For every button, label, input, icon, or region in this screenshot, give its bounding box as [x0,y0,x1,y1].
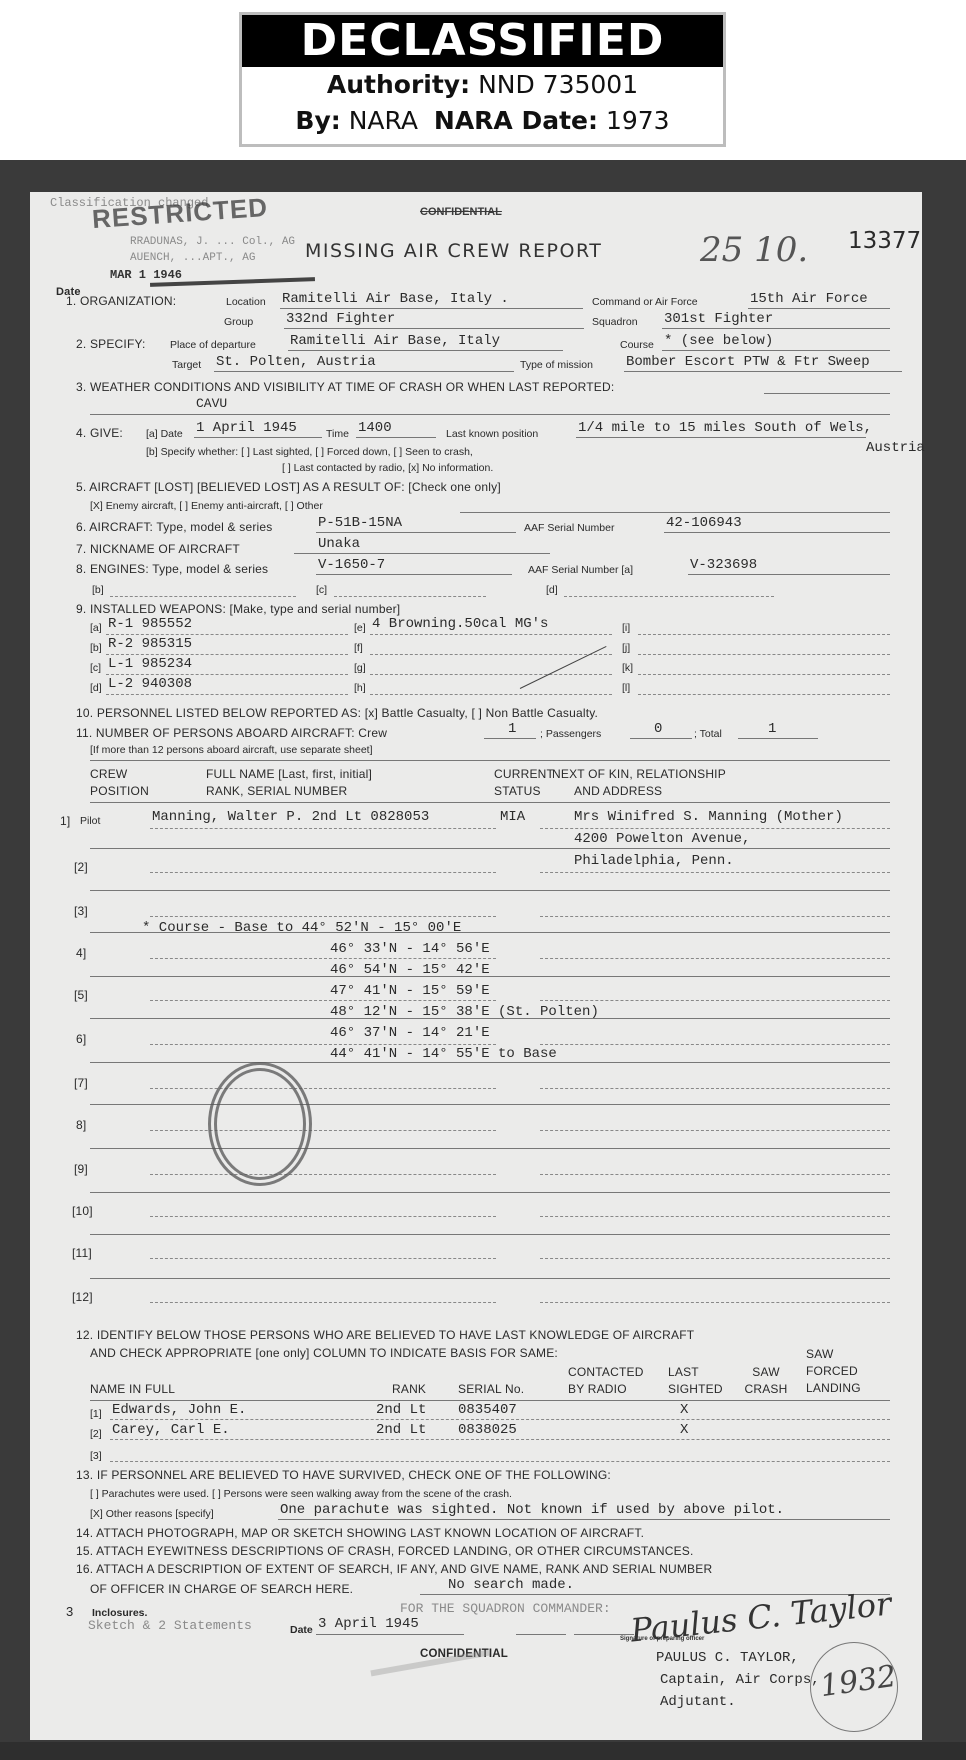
inclosures-count: 3 [66,1604,73,1619]
circular-received-stamp [208,1062,312,1186]
specify-label: 2. SPECIFY: [76,337,146,351]
stamp-authority-org: AUENCH, ...APT., AG [130,252,255,264]
inclosures-value: Sketch & 2 Statements [88,1618,252,1633]
witness-name: Edwards, John E. [112,1402,246,1418]
specify-whether-line2: [ ] Last contacted by radio, [x] No info… [282,462,493,474]
report-date-value: 3 April 1945 [318,1616,419,1632]
col-crew-position: CREW [90,767,127,781]
col-last-sighted: LAST SIGHTED [668,1364,728,1398]
col-serial-no: SERIAL No. [458,1382,524,1396]
weapon-key: [i] [622,622,630,634]
course-waypoint: 47° 41'N - 15° 59'E [330,983,490,999]
loss-date-value: 1 April 1945 [196,420,297,436]
engine-type-value: V-1650-7 [318,557,385,573]
squadron-value: 301st Fighter [664,311,773,327]
report-title: MISSING AIR CREW REPORT [305,240,602,262]
search-officer-label: OF OFFICER IN CHARGE OF SEARCH HERE. [90,1582,353,1596]
target-label: Target [172,359,201,371]
command-value: 15th Air Force [750,291,868,307]
last-knowledge-label: 12. IDENTIFY BELOW THOSE PERSONS WHO ARE… [76,1328,694,1342]
next-of-kin-address: 4200 Powelton Avenue, [574,831,750,847]
weapon-key: [d] [90,682,102,694]
weapon-serial: L-2 940308 [108,676,192,692]
time-label: Time [326,428,349,440]
weapon-key: [g] [354,662,366,674]
course-waypoint: 44° 41'N - 14° 55'E to Base [330,1046,557,1062]
location-label: Location [226,296,266,308]
survival-other-value: One parachute was sighted. Not known if … [280,1502,784,1518]
departure-value: Ramitelli Air Base, Italy [290,333,500,349]
mission-value: Bomber Escort PTW & Ftr Sweep [626,354,870,370]
next-of-kin-name: Mrs Winifred S. Manning (Mother) [574,809,843,825]
col-status-2: STATUS [494,784,541,798]
officer-title: Adjutant. [660,1694,736,1710]
crew-row-number: 8] [76,1118,86,1132]
weather-label: 3. WEATHER CONDITIONS AND VISIBILITY AT … [76,380,614,394]
crew-row-number: [10] [72,1204,93,1218]
crew-status: MIA [500,809,525,825]
aircraft-serial-label: AAF Serial Number [524,522,614,534]
passengers-label: ; Passengers [540,728,601,740]
weapon-serial: R-2 985315 [108,636,192,652]
banner-authority: Authority: NND 735001 [242,67,723,103]
crew-row-number: [3] [74,904,88,918]
mission-label: Type of mission [520,359,593,371]
aircraft-type-value: P-51B-15NA [318,515,402,531]
weapon-key: [k] [622,662,633,674]
witness-row-number: [3] [90,1450,102,1462]
position-label: Last known position [446,428,538,440]
weapon-serial: L-1 985234 [108,656,192,672]
aircraft-type-label: 6. AIRCRAFT: Type, model & series [76,520,272,534]
target-value: St. Polten, Austria [216,354,376,370]
witness-name: Carey, Carl E. [112,1422,230,1438]
col-saw-forced-landing: SAW FORCED LANDING [806,1346,876,1397]
last-position-country: Austria [866,440,925,456]
col-name-in-full: NAME IN FULL [90,1382,175,1396]
authority-value: NND 735001 [478,70,638,99]
nickname-value: Unaka [318,536,360,552]
survival-label: 13. IF PERSONNEL ARE BELIEVED TO HAVE SU… [76,1468,611,1482]
crew-row-number: [9] [74,1162,88,1176]
crew-position: Pilot [80,815,100,827]
survival-options: [ ] Parachutes were used. [ ] Persons we… [90,1488,512,1500]
persons-aboard-label: 11. NUMBER OF PERSONS ABOARD AIRCRAFT: C… [76,726,387,740]
col-rank-serial: RANK, SERIAL NUMBER [206,784,347,798]
personnel-status-label: 10. PERSONNEL LISTED BELOW REPORTED AS: … [76,706,598,720]
declassified-banner: DECLASSIFIED Authority: NND 735001 By: N… [239,12,726,147]
scan-border-bottom [0,1742,966,1760]
nickname-label: 7. NICKNAME OF AIRCRAFT [76,542,240,556]
next-of-kin-city: Philadelphia, Penn. [574,853,734,869]
crew-row-number: [2] [74,860,88,874]
loss-cause-options: [X] Enemy aircraft, [ ] Enemy anti-aircr… [90,500,323,512]
witness-last-sighted-check: X [680,1402,688,1418]
scanned-document [0,160,966,1760]
group-value: 332nd Fighter [286,311,395,327]
signature-caption: Signature of preparing officer [620,1636,704,1642]
crew-row-number: [7] [74,1076,88,1090]
by-label: By: [295,106,340,135]
witness-serial: 0835407 [458,1402,517,1418]
weapon-serial: R-1 985552 [108,616,192,632]
course-label: Course [620,339,654,351]
weapon-key: [e] [354,622,366,634]
banner-title: DECLASSIFIED [242,15,723,67]
engine-c-label: [c] [316,584,327,596]
course-waypoint: 46° 33'N - 14° 56'E [330,941,490,957]
course-value: * (see below) [664,333,773,349]
course-waypoint: 46° 37'N - 14° 21'E [330,1025,490,1041]
survival-other-label: [X] Other reasons [specify] [90,1508,214,1520]
stamp-authority-name: RRADUNAS, J. ... Col., AG [130,236,295,248]
weapon-key: [h] [354,682,366,694]
witness-last-sighted-check: X [680,1422,688,1438]
handwritten-file-number: 25 10. [700,230,808,270]
total-label: ; Total [694,728,722,740]
specify-whether-line1: [b] Specify whether: [ ] Last sighted, [… [146,446,473,458]
witness-row-number: [1] [90,1408,102,1420]
crew-count: 1 [508,721,516,737]
witness-row-number: [2] [90,1428,102,1440]
banner-by-date: By: NARA NARA Date: 1973 [242,103,723,139]
location-value: Ramitelli Air Base, Italy . [282,291,509,307]
col-crew-position-2: POSITION [90,784,149,798]
crew-name-rank-serial: Manning, Walter P. 2nd Lt 0828053 [152,809,429,825]
crew-row-number: [11] [72,1246,92,1260]
weapon-key: [c] [90,662,101,674]
organization-label: 1. ORGANIZATION: [66,294,176,308]
crew-row-number: 6] [76,1032,86,1046]
report-date-label: Date [290,1624,313,1636]
crew-row-number: [12] [72,1290,93,1304]
course-waypoint: 48° 12'N - 15° 38'E (St. Polten) [330,1004,599,1020]
col-next-of-kin: NEXT OF KIN, RELATIONSHIP [552,767,726,781]
departure-label: Place of departure [170,339,256,351]
witness-serial: 0838025 [458,1422,517,1438]
stamp-date: MAR 1 1946 [110,268,182,282]
col-full-name: FULL NAME [Last, first, initial] [206,767,372,781]
weapons-label: 9. INSTALLED WEAPONS: [Make, type and se… [76,602,400,616]
attach-eyewitness-label: 15. ATTACH EYEWITNESS DESCRIPTIONS OF CR… [76,1544,694,1558]
loss-time-value: 1400 [358,420,392,436]
nara-date-label: NARA Date: [434,106,598,135]
authority-label: Authority: [327,70,470,99]
report-number: 13377 [848,228,921,254]
engines-label: 8. ENGINES: Type, model & series [76,562,268,576]
command-label: Command or Air Force [592,296,698,308]
by-value: NARA [349,106,418,135]
witness-rank: 2nd Lt [376,1402,426,1418]
officer-rank: Captain, Air Corps, [660,1672,820,1688]
col-saw-crash: SAW CRASH [744,1364,788,1398]
weapon-key: [j] [622,642,630,654]
date-label: [a] Date [146,428,183,440]
search-description-label: 16. ATTACH A DESCRIPTION OF EXTENT OF SE… [76,1562,712,1576]
persons-aboard-note: [If more than 12 persons aboard aircraft… [90,744,373,756]
engine-b-label: [b] [92,584,104,596]
engine-d-label: [d] [546,584,558,596]
col-current-status: CURRENT [494,767,554,781]
search-value: No search made. [448,1577,574,1593]
aircraft-serial-value: 42-106943 [666,515,742,531]
engine-serial-value: V-323698 [690,557,757,573]
group-label: Group [224,316,253,328]
total-count: 1 [768,721,776,737]
last-position-value: 1/4 mile to 15 miles South of Wels, [578,420,872,436]
nara-date-value: 1973 [606,106,670,135]
squadron-label: Squadron [592,316,638,328]
weather-value: CAVU [196,396,227,411]
weapon-key: [a] [90,622,102,634]
confidential-top-struck: CONFIDENTIAL [420,206,502,218]
officer-name: PAULUS C. TAYLOR, [656,1650,799,1666]
weapon-key: [f] [354,642,363,654]
for-squadron-commander: FOR THE SQUADRON COMMANDER: [400,1601,611,1616]
attach-photo-label: 14. ATTACH PHOTOGRAPH, MAP OR SKETCH SHO… [76,1526,644,1540]
weapon-key: [b] [90,642,102,654]
engine-serial-label: AAF Serial Number [a] [528,564,633,576]
crew-row-number: [5] [74,988,88,1002]
passengers-count: 0 [654,721,662,737]
give-label: 4. GIVE: [76,426,123,440]
witness-rank: 2nd Lt [376,1422,426,1438]
crew-row-number: 1] [60,814,70,828]
col-contacted-by-radio: CONTACTED BY RADIO [568,1364,658,1398]
col-rank: RANK [392,1382,426,1396]
weapon-key: [l] [622,682,630,694]
weapon-description: 4 Browning.50cal MG's [372,616,548,632]
last-knowledge-instructions: AND CHECK APPROPRIATE [one only] COLUMN … [90,1346,558,1360]
loss-cause-label: 5. AIRCRAFT [LOST] [BELIEVED LOST] AS A … [76,480,501,494]
course-waypoint: * Course - Base to 44° 52'N - 15° 00'E [142,920,461,936]
course-waypoint: 46° 54'N - 15° 42'E [330,962,490,978]
crew-row-number: 4] [76,946,86,960]
col-address: AND ADDRESS [574,784,662,798]
